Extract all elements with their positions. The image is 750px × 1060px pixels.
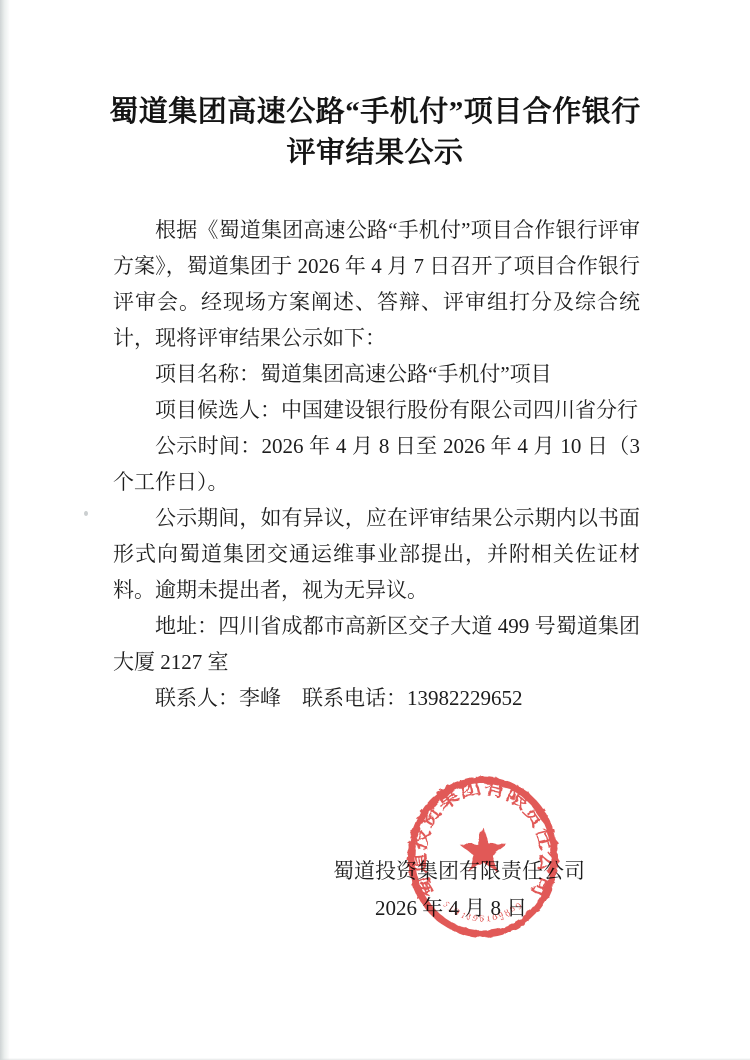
company-seal: 蜀道投资集团有限责任公司 5101096109869 (368, 742, 598, 972)
doc-paragraph: 联系人：李峰 联系电话：13982229652 (113, 680, 640, 716)
doc-paragraph: 根据《蜀道集团高速公路“手机付”项目合作银行评审方案》，蜀道集团于 2026 年… (113, 212, 640, 356)
doc-paragraph: 公示时间：2026 年 4 月 8 日至 2026 年 4 月 10 日（3 个… (113, 428, 640, 500)
doc-paragraph: 项目名称：蜀道集团高速公路“手机付”项目 (113, 356, 640, 392)
seal-serial-holder: 5101096109869 (440, 900, 525, 925)
scan-speck (84, 511, 88, 516)
doc-paragraph: 地址：四川省成都市高新区交子大道 499 号蜀道集团大厦 2127 室 (113, 608, 640, 680)
page-title-line1: 蜀道集团高速公路“手机付”项目合作银行 (0, 92, 750, 133)
doc-paragraph: 项目候选人：中国建设银行股份有限公司四川省分行 (113, 392, 640, 428)
seal-serial-number: 5101096109869 (440, 900, 525, 925)
page-title-line2: 评审结果公示 (0, 133, 750, 174)
page-title: 蜀道集团高速公路“手机付”项目合作银行 评审结果公示 (0, 92, 750, 174)
doc-paragraph: 公示期间，如有异议，应在评审结果公示期内以书面形式向蜀道集团交通运维事业部提出，… (113, 500, 640, 608)
document-page: 蜀道集团高速公路“手机付”项目合作银行 评审结果公示 根据《蜀道集团高速公路“手… (0, 0, 750, 1060)
document-body: 根据《蜀道集团高速公路“手机付”项目合作银行评审方案》，蜀道集团于 2026 年… (113, 212, 640, 716)
seal-star-icon (459, 827, 507, 872)
